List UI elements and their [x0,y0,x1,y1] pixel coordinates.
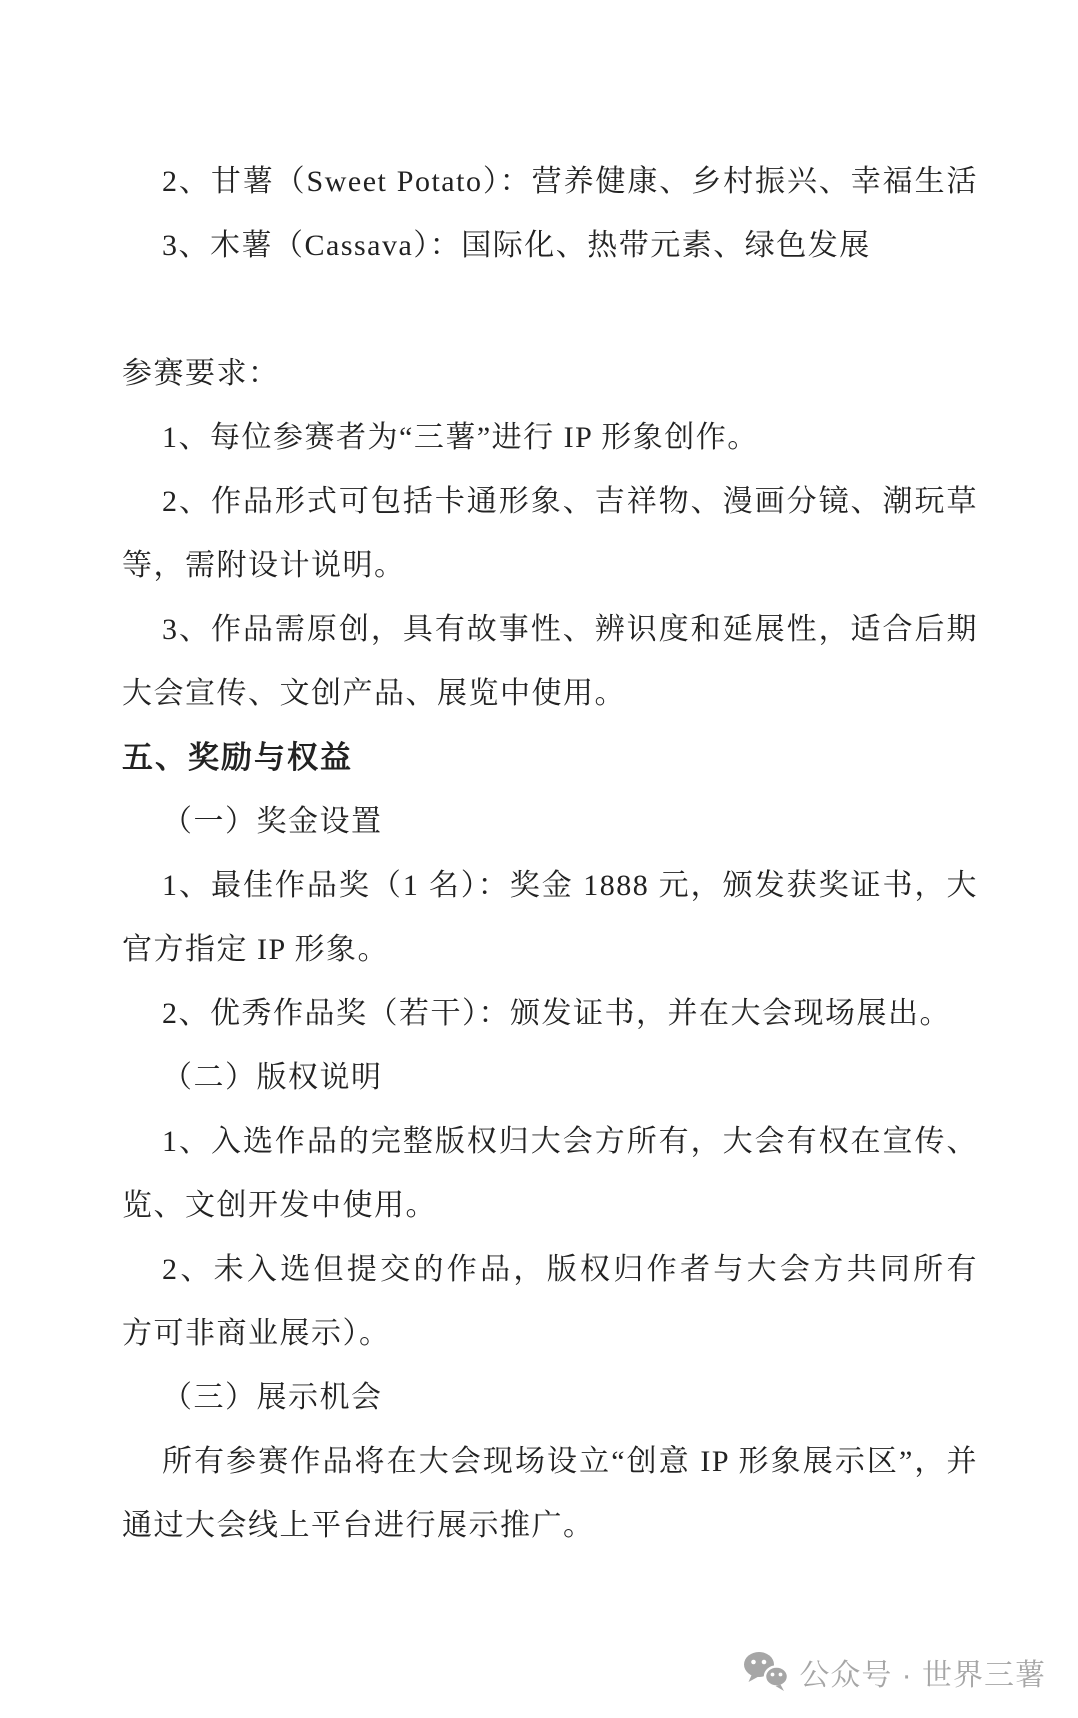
watermark: 公众号 · 世界三薯 [743,1650,1046,1694]
watermark-text: 公众号 · 世界三薯 [799,1650,1046,1694]
paragraph-line: 1、每位参赛者为“三薯”进行 IP 形象创作。 [122,406,978,470]
paragraph-line: 方可非商业展示）。 [122,1302,978,1366]
paragraph-line: 2、未入选但提交的作品，版权归作者与大会方共同所有（双 [122,1238,978,1302]
paragraph-line: 览、文创开发中使用。 [122,1174,978,1238]
paragraph-line: 1、最佳作品奖（1 名）：奖金 1888 元，颁发获奖证书，大会 [122,854,978,918]
paragraph-line: 参赛要求： [122,342,978,406]
section-heading: 五、奖励与权益 [122,726,978,790]
paragraph-line: 3、木薯（Cassava）：国际化、热带元素、绿色发展 [122,214,978,278]
paragraph-line: （三）展示机会 [122,1366,978,1430]
paragraph-line: 所有参赛作品将在大会现场设立“创意 IP 形象展示区”，并 [122,1430,978,1494]
paragraph-line: 3、作品需原创，具有故事性、辨识度和延展性，适合后期在 [122,598,978,662]
paragraph-line: 官方指定 IP 形象。 [122,918,978,982]
paragraph-line: 大会宣传、文创产品、展览中使用。 [122,662,978,726]
paragraph-line: 2、优秀作品奖（若干）：颁发证书，并在大会现场展出。 [122,982,978,1046]
paragraph-line: （二）版权说明 [122,1046,978,1110]
paragraph-line: 1、入选作品的完整版权归大会方所有，大会有权在宣传、展 [122,1110,978,1174]
wechat-icon [743,1651,789,1693]
paragraph-line: 通过大会线上平台进行展示推广。 [122,1494,978,1558]
blank-line [122,278,978,342]
paragraph-line: 2、作品形式可包括卡通形象、吉祥物、漫画分镜、潮玩草图 [122,470,978,534]
paragraph-line: 2、甘薯（Sweet Potato）：营养健康、乡村振兴、幸福生活 [122,150,978,214]
paragraph-line: 等，需附设计说明。 [122,534,978,598]
paragraph-line: （一）奖金设置 [122,790,978,854]
document-page: 2、甘薯（Sweet Potato）：营养健康、乡村振兴、幸福生活3、木薯（Ca… [122,150,978,1558]
